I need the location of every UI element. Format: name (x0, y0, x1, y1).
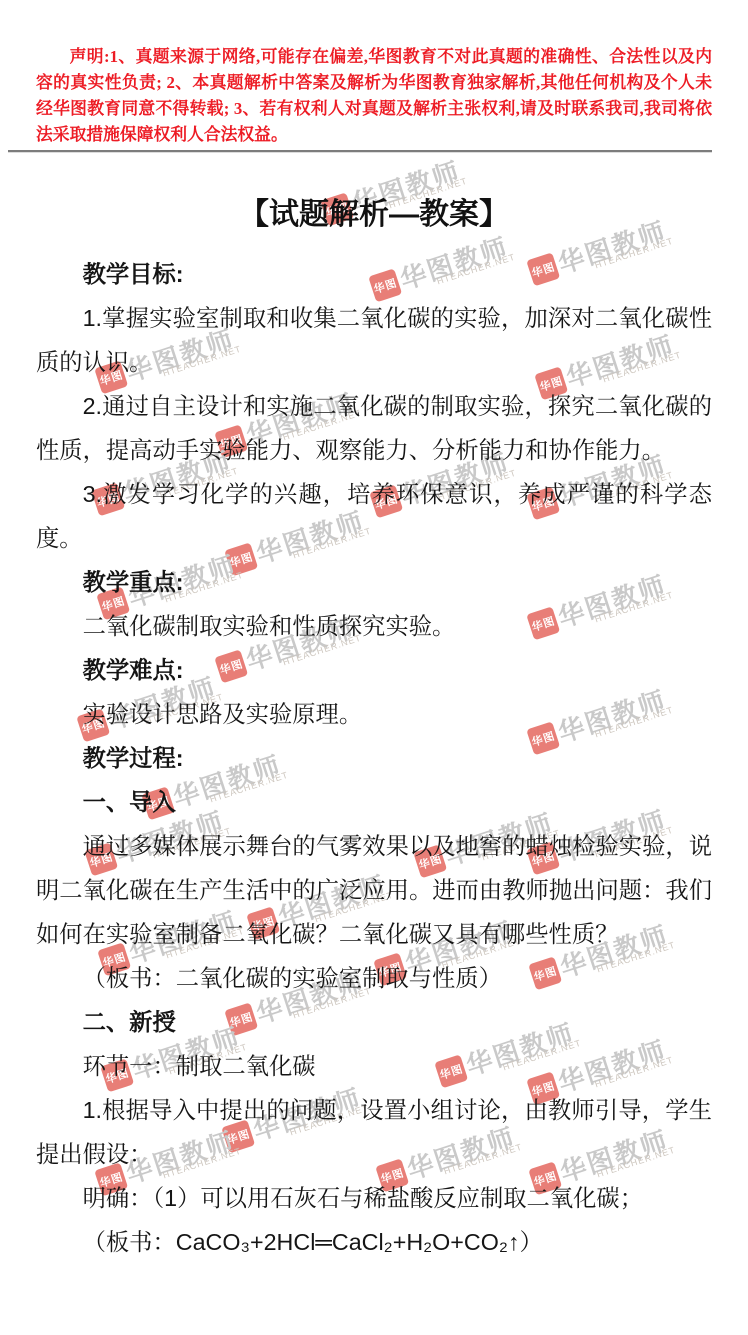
section-heading: 教学重点: (36, 560, 712, 604)
paragraph: 通过多媒体展示舞台的气雾效果以及地窖的蜡烛检验实验，说明二氧化碳在生产生活中的广… (36, 824, 712, 956)
paragraph: 实验设计思路及实验原理。 (36, 692, 712, 736)
document-body: 教学目标:1.掌握实验室制取和收集二氧化碳的实验，加深对二氧化碳性质的认识。2.… (36, 252, 712, 1264)
section-heading: 一、导入 (36, 780, 712, 824)
paragraph: 环节一：制取二氧化碳 (36, 1044, 712, 1088)
document-content: 声明:1、真题来源于网络,可能存在偏差,华图教育不对此真题的准确性、合法性以及内… (0, 44, 748, 1264)
paragraph: 明确：（1）可以用石灰石与稀盐酸反应制取二氧化碳； (36, 1176, 712, 1220)
paragraph: 2.通过自主设计和实施二氧化碳的制取实验，探究二氧化碳的性质，提高动手实验能力、… (36, 384, 712, 472)
divider-rule (8, 150, 712, 153)
page-title: 【试题解析—教案】 (36, 186, 712, 244)
disclaimer-text: 1、真题来源于网络,可能存在偏差,华图教育不对此真题的准确性、合法性以及内容的真… (36, 47, 712, 144)
section-heading: 教学过程: (36, 736, 712, 780)
disclaimer-label: 声明: (70, 47, 110, 66)
paragraph: 1.根据导入中提出的问题，设置小组讨论，由教师引导，学生提出假设： (36, 1088, 712, 1176)
paragraph: 1.掌握实验室制取和收集二氧化碳的实验，加深对二氧化碳性质的认识。 (36, 296, 712, 384)
section-heading: 二、新授 (36, 1000, 712, 1044)
paragraph: （板书：CaCO₃+2HCl═CaCl₂+H₂O+CO₂↑） (36, 1220, 712, 1264)
disclaimer: 声明:1、真题来源于网络,可能存在偏差,华图教育不对此真题的准确性、合法性以及内… (36, 44, 712, 148)
paragraph: （板书：二氧化碳的实验室制取与性质） (36, 956, 712, 1000)
section-heading: 教学难点: (36, 648, 712, 692)
section-heading: 教学目标: (36, 252, 712, 296)
paragraph: 二氧化碳制取实验和性质探究实验。 (36, 604, 712, 648)
paragraph: 3.激发学习化学的兴趣，培养环保意识，养成严谨的科学态度。 (36, 472, 712, 560)
document-page: 华图 华图教师 HTEACHER.NET 华图 华图教师 HTEACHER.NE… (0, 0, 748, 1335)
